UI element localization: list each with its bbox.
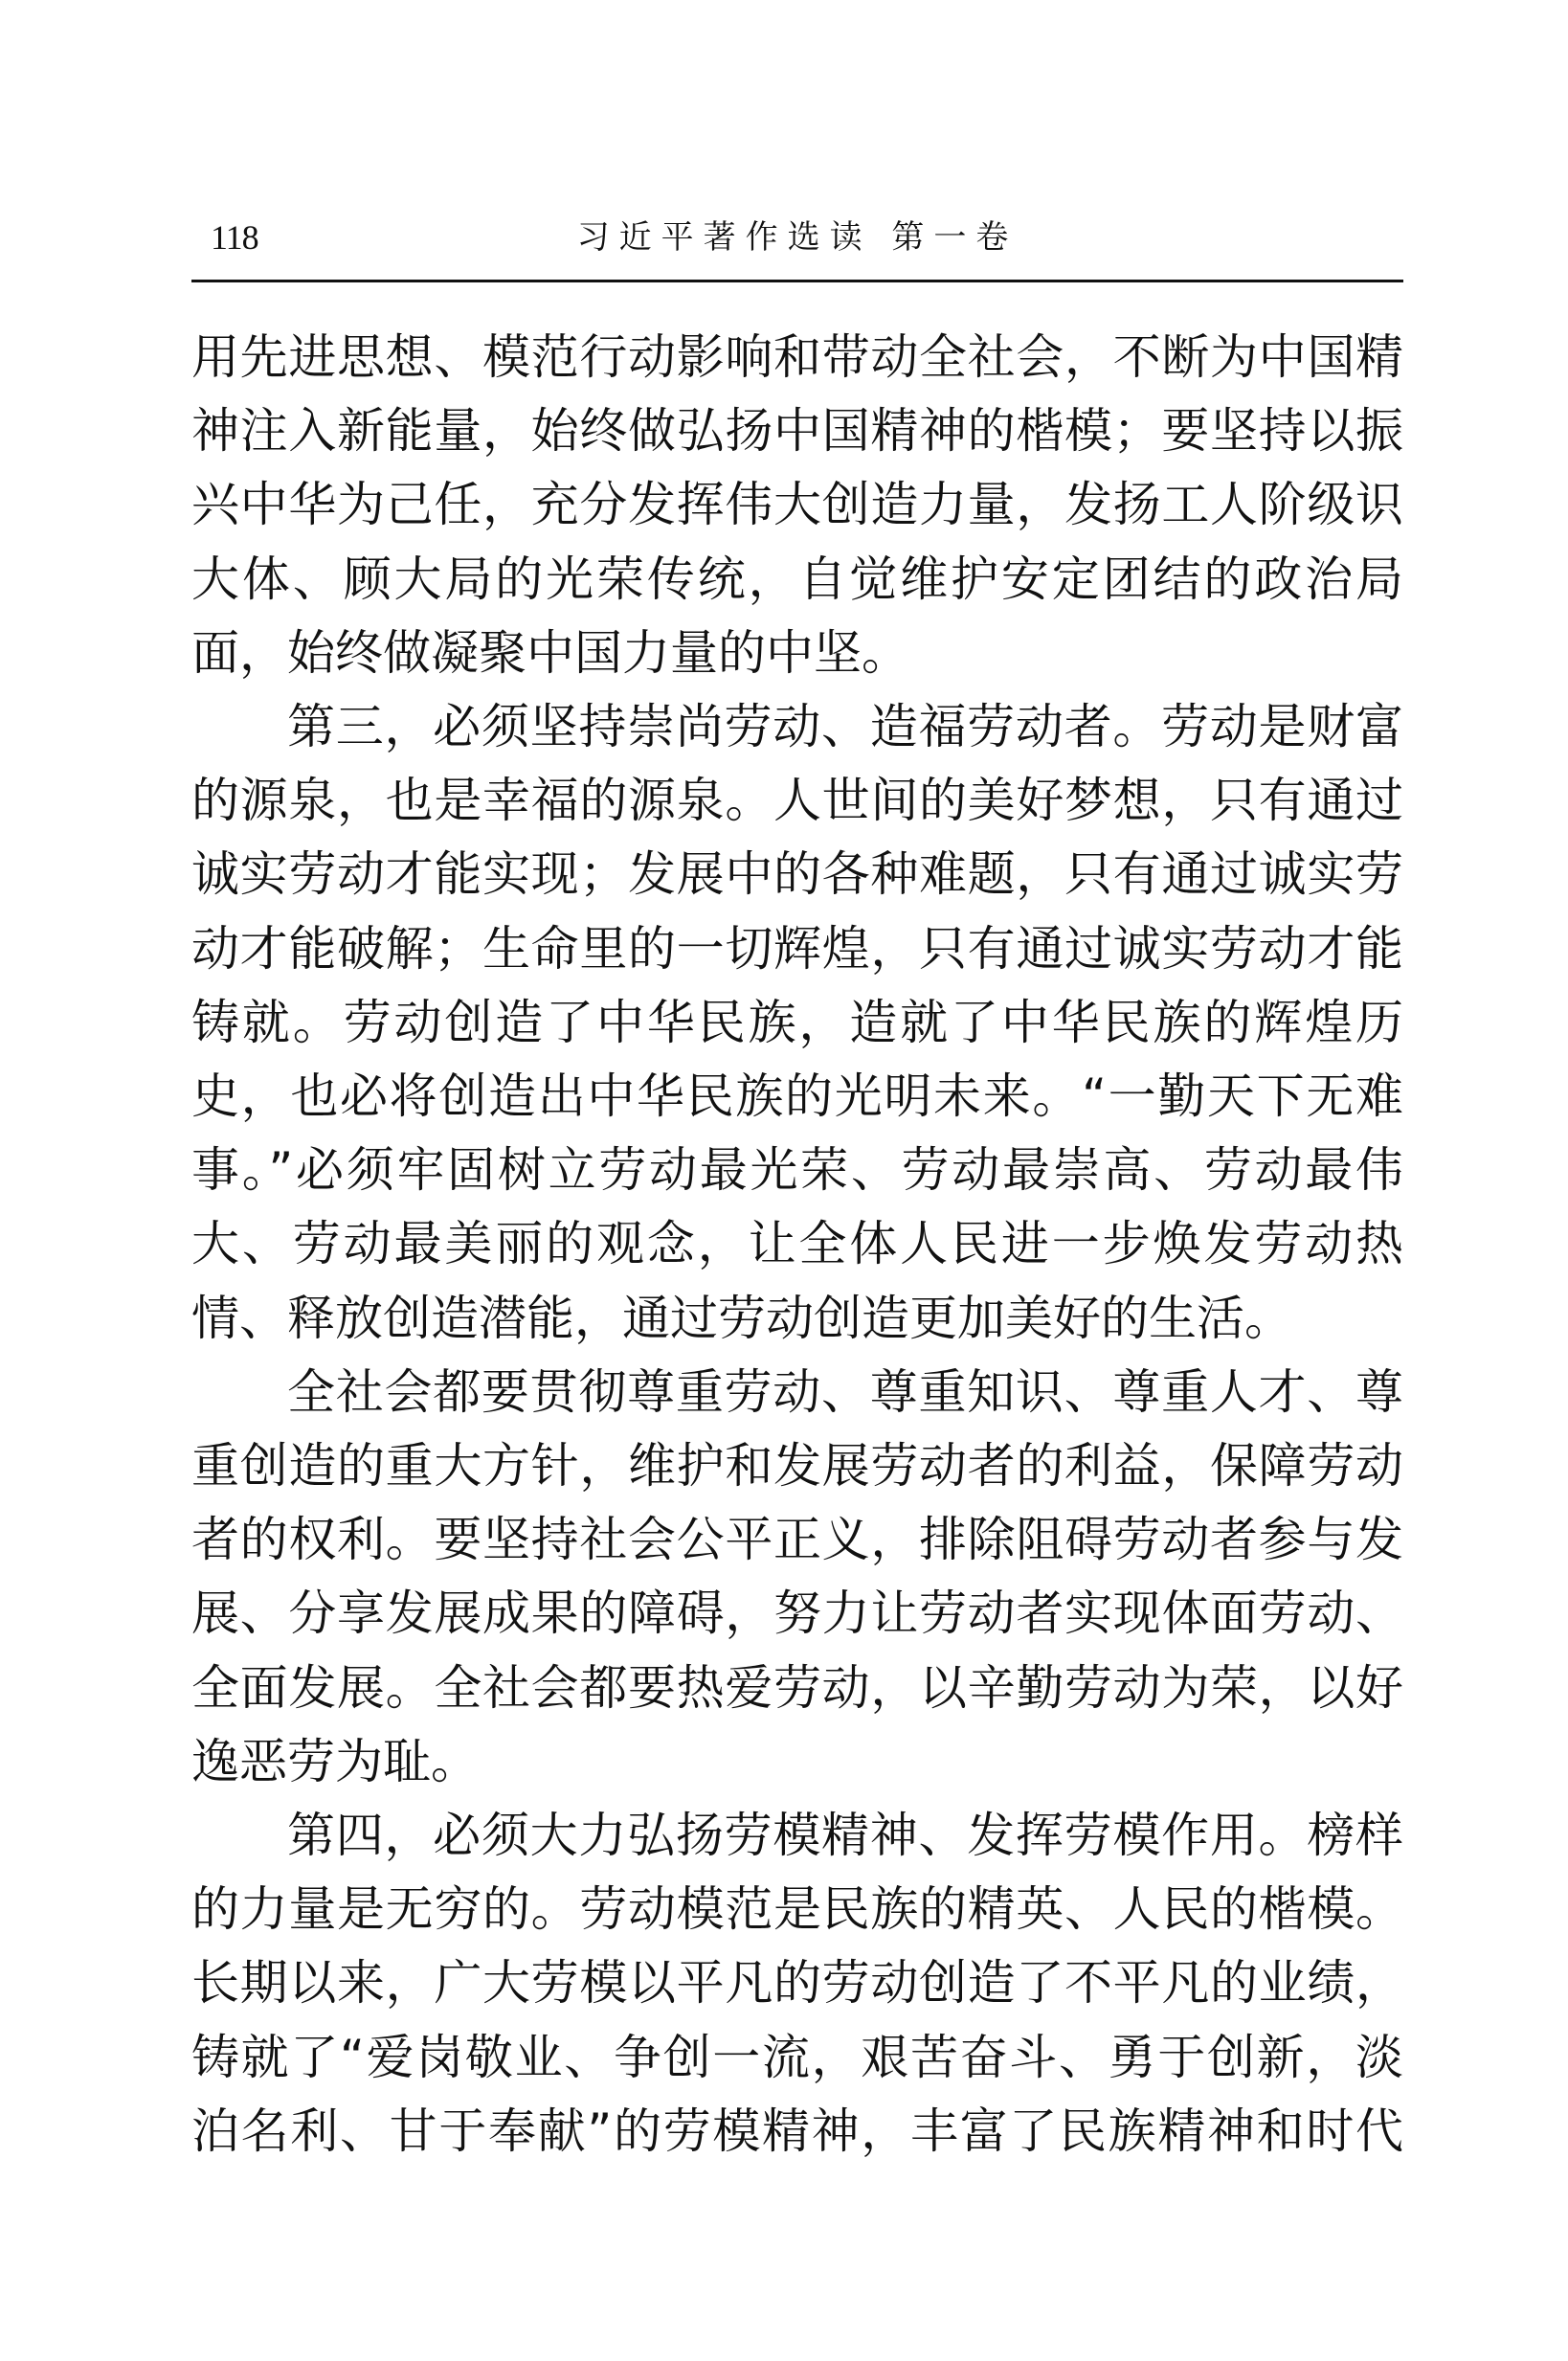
header-rule (191, 280, 1403, 282)
text-line: 重创造的重大方针，维护和发展劳动者的利益，保障劳动 (191, 1429, 1403, 1503)
text-line: 第四，必须大力弘扬劳模精神、发挥劳模作用。榜样 (191, 1799, 1403, 1873)
text-line: 铸就。劳动创造了中华民族，造就了中华民族的辉煌历 (191, 986, 1403, 1060)
text-line: 大、劳动最美丽的观念，让全体人民进一步焕发劳动热 (191, 1207, 1403, 1281)
text-line: 诚实劳动才能实现；发展中的各种难题，只有通过诚实劳 (191, 838, 1403, 911)
text-line: 神注入新能量，始终做弘扬中国精神的楷模；要坚持以振 (191, 394, 1403, 468)
text-line: 的力量是无穷的。劳动模范是民族的精英、人民的楷模。 (191, 1873, 1403, 1946)
text-line: 第三，必须坚持崇尚劳动、造福劳动者。劳动是财富 (191, 690, 1403, 764)
text-line: 事。”必须牢固树立劳动最光荣、劳动最崇高、劳动最伟 (191, 1134, 1403, 1207)
text-line: 者的权利。要坚持社会公平正义，排除阻碍劳动者参与发 (191, 1503, 1403, 1577)
text-line: 逸恶劳为耻。 (191, 1725, 1403, 1799)
text-line: 长期以来，广大劳模以平凡的劳动创造了不平凡的业绩， (191, 1946, 1403, 2020)
text-line: 展、分享发展成果的障碍，努力让劳动者实现体面劳动、 (191, 1577, 1403, 1651)
text-line: 泊名利、甘于奉献”的劳模精神，丰富了民族精神和时代 (191, 2095, 1403, 2169)
text-line: 的源泉，也是幸福的源泉。人世间的美好梦想，只有通过 (191, 764, 1403, 838)
book-title: 习近平著作选读 第一卷 (191, 209, 1403, 266)
text-line: 大体、顾大局的光荣传统，自觉维护安定团结的政治局 (191, 543, 1403, 617)
text-line: 兴中华为己任，充分发挥伟大创造力量，发扬工人阶级识 (191, 468, 1403, 542)
text-line: 用先进思想、模范行动影响和带动全社会，不断为中国精 (191, 321, 1403, 394)
paragraph-3: 全社会都要贯彻尊重劳动、尊重知识、尊重人才、尊 重创造的重大方针，维护和发展劳动… (191, 1356, 1403, 1799)
text-line: 情、释放创造潜能，通过劳动创造更加美好的生活。 (191, 1282, 1403, 1356)
paragraph-4: 第四，必须大力弘扬劳模精神、发挥劳模作用。榜样 的力量是无穷的。劳动模范是民族的… (191, 1799, 1403, 2169)
paragraph-1: 用先进思想、模范行动影响和带动全社会，不断为中国精 神注入新能量，始终做弘扬中国… (191, 321, 1403, 690)
body-text: 用先进思想、模范行动影响和带动全社会，不断为中国精 神注入新能量，始终做弘扬中国… (191, 321, 1403, 2169)
text-line: 铸就了“爱岗敬业、争创一流，艰苦奋斗、勇于创新，淡 (191, 2021, 1403, 2095)
paragraph-2: 第三，必须坚持崇尚劳动、造福劳动者。劳动是财富 的源泉，也是幸福的源泉。人世间的… (191, 690, 1403, 1356)
book-page: 118 习近平著作选读 第一卷 用先进思想、模范行动影响和带动全社会，不断为中国… (0, 0, 1568, 2361)
running-head: 118 习近平著作选读 第一卷 (191, 209, 1403, 266)
text-line: 全面发展。全社会都要热爱劳动，以辛勤劳动为荣，以好 (191, 1652, 1403, 1725)
text-line: 面，始终做凝聚中国力量的中坚。 (191, 617, 1403, 690)
text-line: 史，也必将创造出中华民族的光明未来。“一勤天下无难 (191, 1060, 1403, 1134)
text-line: 动才能破解；生命里的一切辉煌，只有通过诚实劳动才能 (191, 912, 1403, 986)
text-line: 全社会都要贯彻尊重劳动、尊重知识、尊重人才、尊 (191, 1356, 1403, 1429)
